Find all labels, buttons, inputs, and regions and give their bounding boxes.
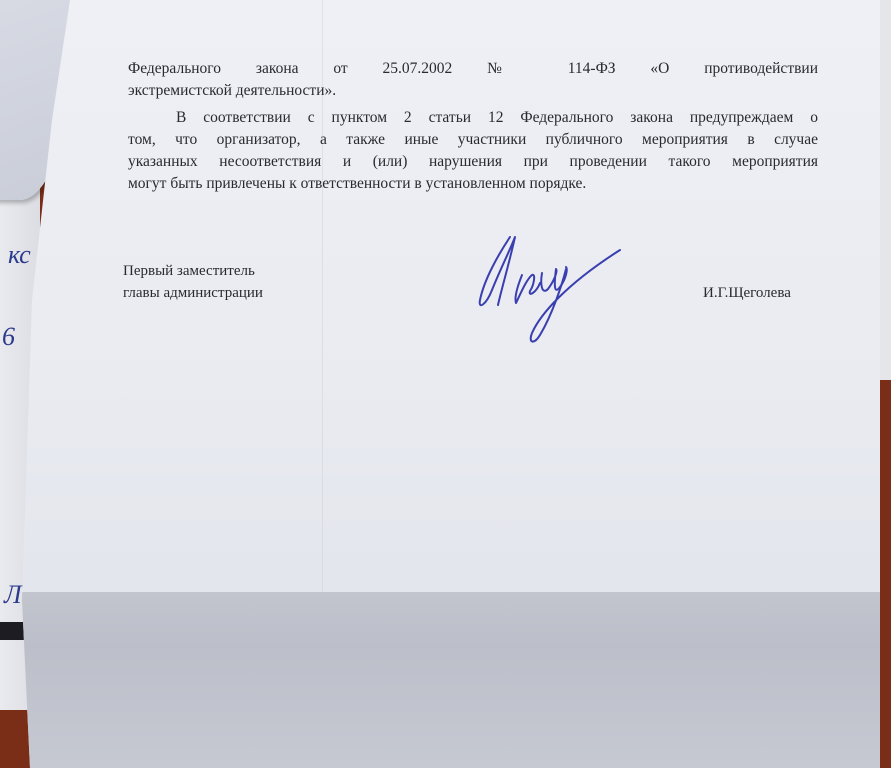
handwritten-signature-icon (470, 225, 640, 350)
handwriting-fragment: кс (8, 240, 31, 270)
shadow-area (22, 592, 880, 768)
text-line: экстремистской деятельности». (128, 80, 818, 102)
handwriting-fragment: Л (4, 580, 22, 610)
paragraph-law-reference: Федерального закона от 25.07.2002 № 114-… (128, 58, 818, 102)
position-line: главы администрации (123, 282, 343, 304)
text-line: Федерального закона от 25.07.2002 № 114-… (128, 58, 818, 80)
paragraph-warning: В соответствии с пунктом 2 статьи 12 Фед… (128, 107, 818, 195)
text-line: том, что организатор, а также иные участ… (128, 129, 818, 151)
signatory-position: Первый заместитель главы администрации (123, 260, 343, 304)
text-line: указанных несоответствия и (или) нарушен… (128, 151, 818, 173)
handwriting-fragment: 6 (2, 322, 15, 352)
text-line: В соответствии с пунктом 2 статьи 12 Фед… (128, 107, 818, 129)
dark-stripe (0, 622, 26, 640)
text-line: могут быть привлечены к ответственности … (128, 173, 818, 195)
signatory-name: И.Г.Щеголева (703, 282, 791, 304)
position-line: Первый заместитель (123, 260, 343, 282)
